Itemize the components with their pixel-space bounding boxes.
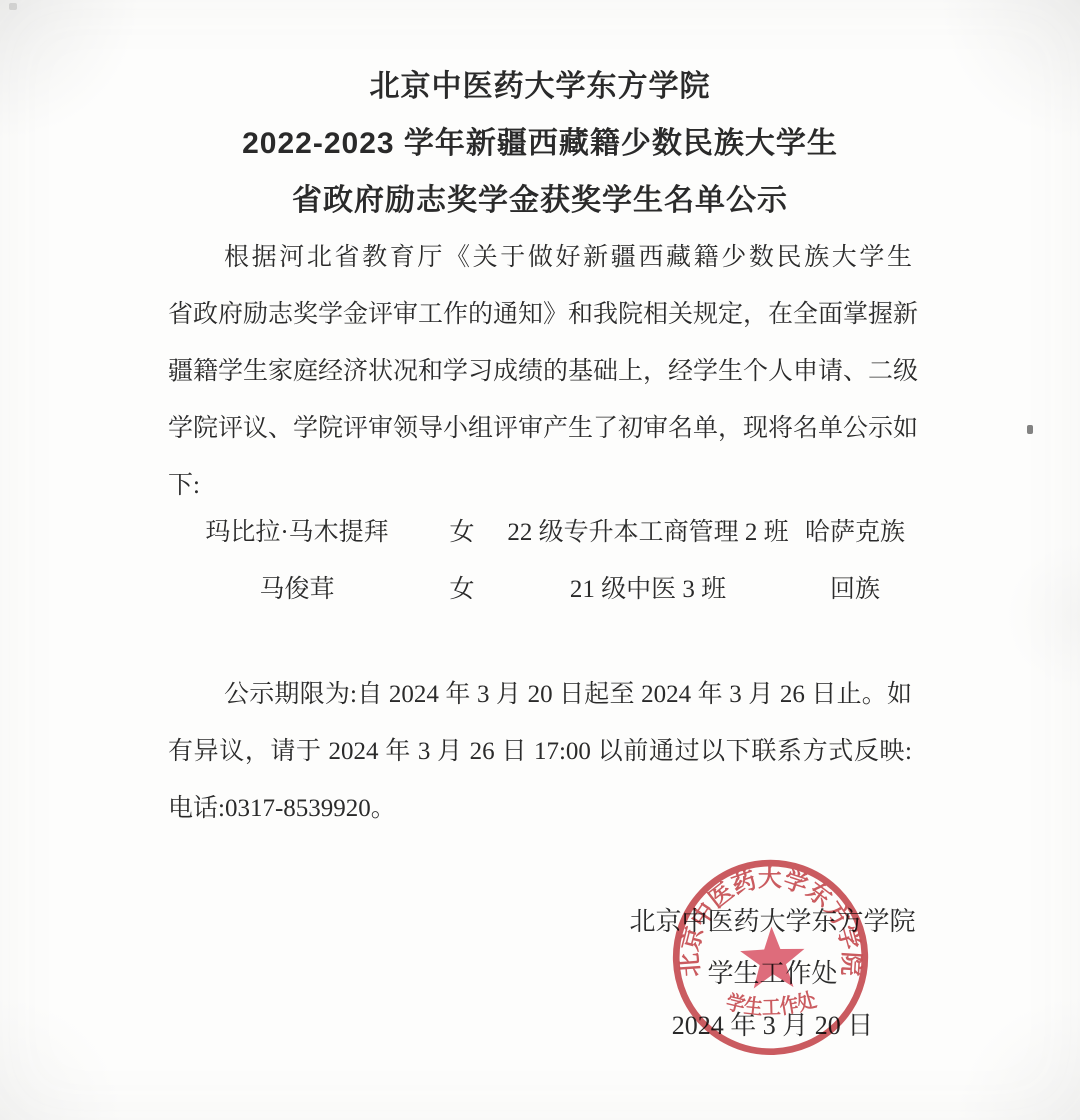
- signature-org: 北京中医药大学东方学院: [605, 896, 940, 948]
- intro-line: 学院评议、学院评审领导小组评审产生了初审名单，现将名单公示如: [168, 400, 912, 457]
- student-class: 22 级专升本工商管理 2 班: [498, 504, 798, 561]
- intro-line: 省政府励志奖学金评审工作的通知》和我院相关规定，在全面掌握新: [168, 286, 912, 343]
- notice-line: 有异议，请于 2024 年 3 月 26 日 17:00 以前通过以下联系方式反…: [168, 723, 912, 780]
- notice-paragraph: 公示期限为:自 2024 年 3 月 20 日起至 2024 年 3 月 26 …: [168, 666, 912, 837]
- student-class: 21 级中医 3 班: [498, 561, 798, 618]
- paper-speck: [9, 3, 17, 10]
- intro-line: 根据河北省教育厅《关于做好新疆西藏籍少数民族大学生: [168, 229, 912, 286]
- intro-paragraph: 根据河北省教育厅《关于做好新疆西藏籍少数民族大学生 省政府励志奖学金评审工作的通…: [168, 229, 912, 514]
- document-title-block: 北京中医药大学东方学院 2022-2023 学年新疆西藏籍少数民族大学生 省政府…: [168, 58, 912, 229]
- student-list: 玛比拉·马木提拜 女 22 级专升本工商管理 2 班 哈萨克族 马俊茸 女 21…: [168, 504, 912, 618]
- document-body: 北京中医药大学东方学院 2022-2023 学年新疆西藏籍少数民族大学生 省政府…: [168, 58, 912, 837]
- signature-date: 2024 年 3 月 20 日: [605, 1000, 940, 1052]
- intro-line: 疆籍学生家庭经济状况和学习成绩的基础上，经学生个人申请、二级: [168, 343, 912, 400]
- student-gender: 女: [426, 504, 498, 561]
- student-ethnicity: 哈萨克族: [798, 504, 912, 561]
- signature-dept: 学生工作处: [605, 948, 940, 1000]
- paper-speck: [1027, 425, 1033, 434]
- signature-block: 北京中医药大学东方学院 学生工作处 2024 年 3 月 20 日: [605, 896, 940, 1052]
- notice-line: 公示期限为:自 2024 年 3 月 20 日起至 2024 年 3 月 26 …: [168, 666, 912, 723]
- student-name: 玛比拉·马木提拜: [168, 504, 426, 561]
- student-ethnicity: 回族: [798, 561, 912, 618]
- title-line-3: 省政府励志奖学金获奖学生名单公示: [168, 172, 912, 229]
- notice-line: 电话:0317-8539920。: [168, 780, 912, 837]
- title-line-1: 北京中医药大学东方学院: [168, 58, 912, 115]
- title-line-2: 2022-2023 学年新疆西藏籍少数民族大学生: [168, 115, 912, 172]
- document-page: 北京中医药大学东方学院 2022-2023 学年新疆西藏籍少数民族大学生 省政府…: [0, 0, 1080, 1120]
- student-name: 马俊茸: [168, 561, 426, 618]
- student-gender: 女: [426, 561, 498, 618]
